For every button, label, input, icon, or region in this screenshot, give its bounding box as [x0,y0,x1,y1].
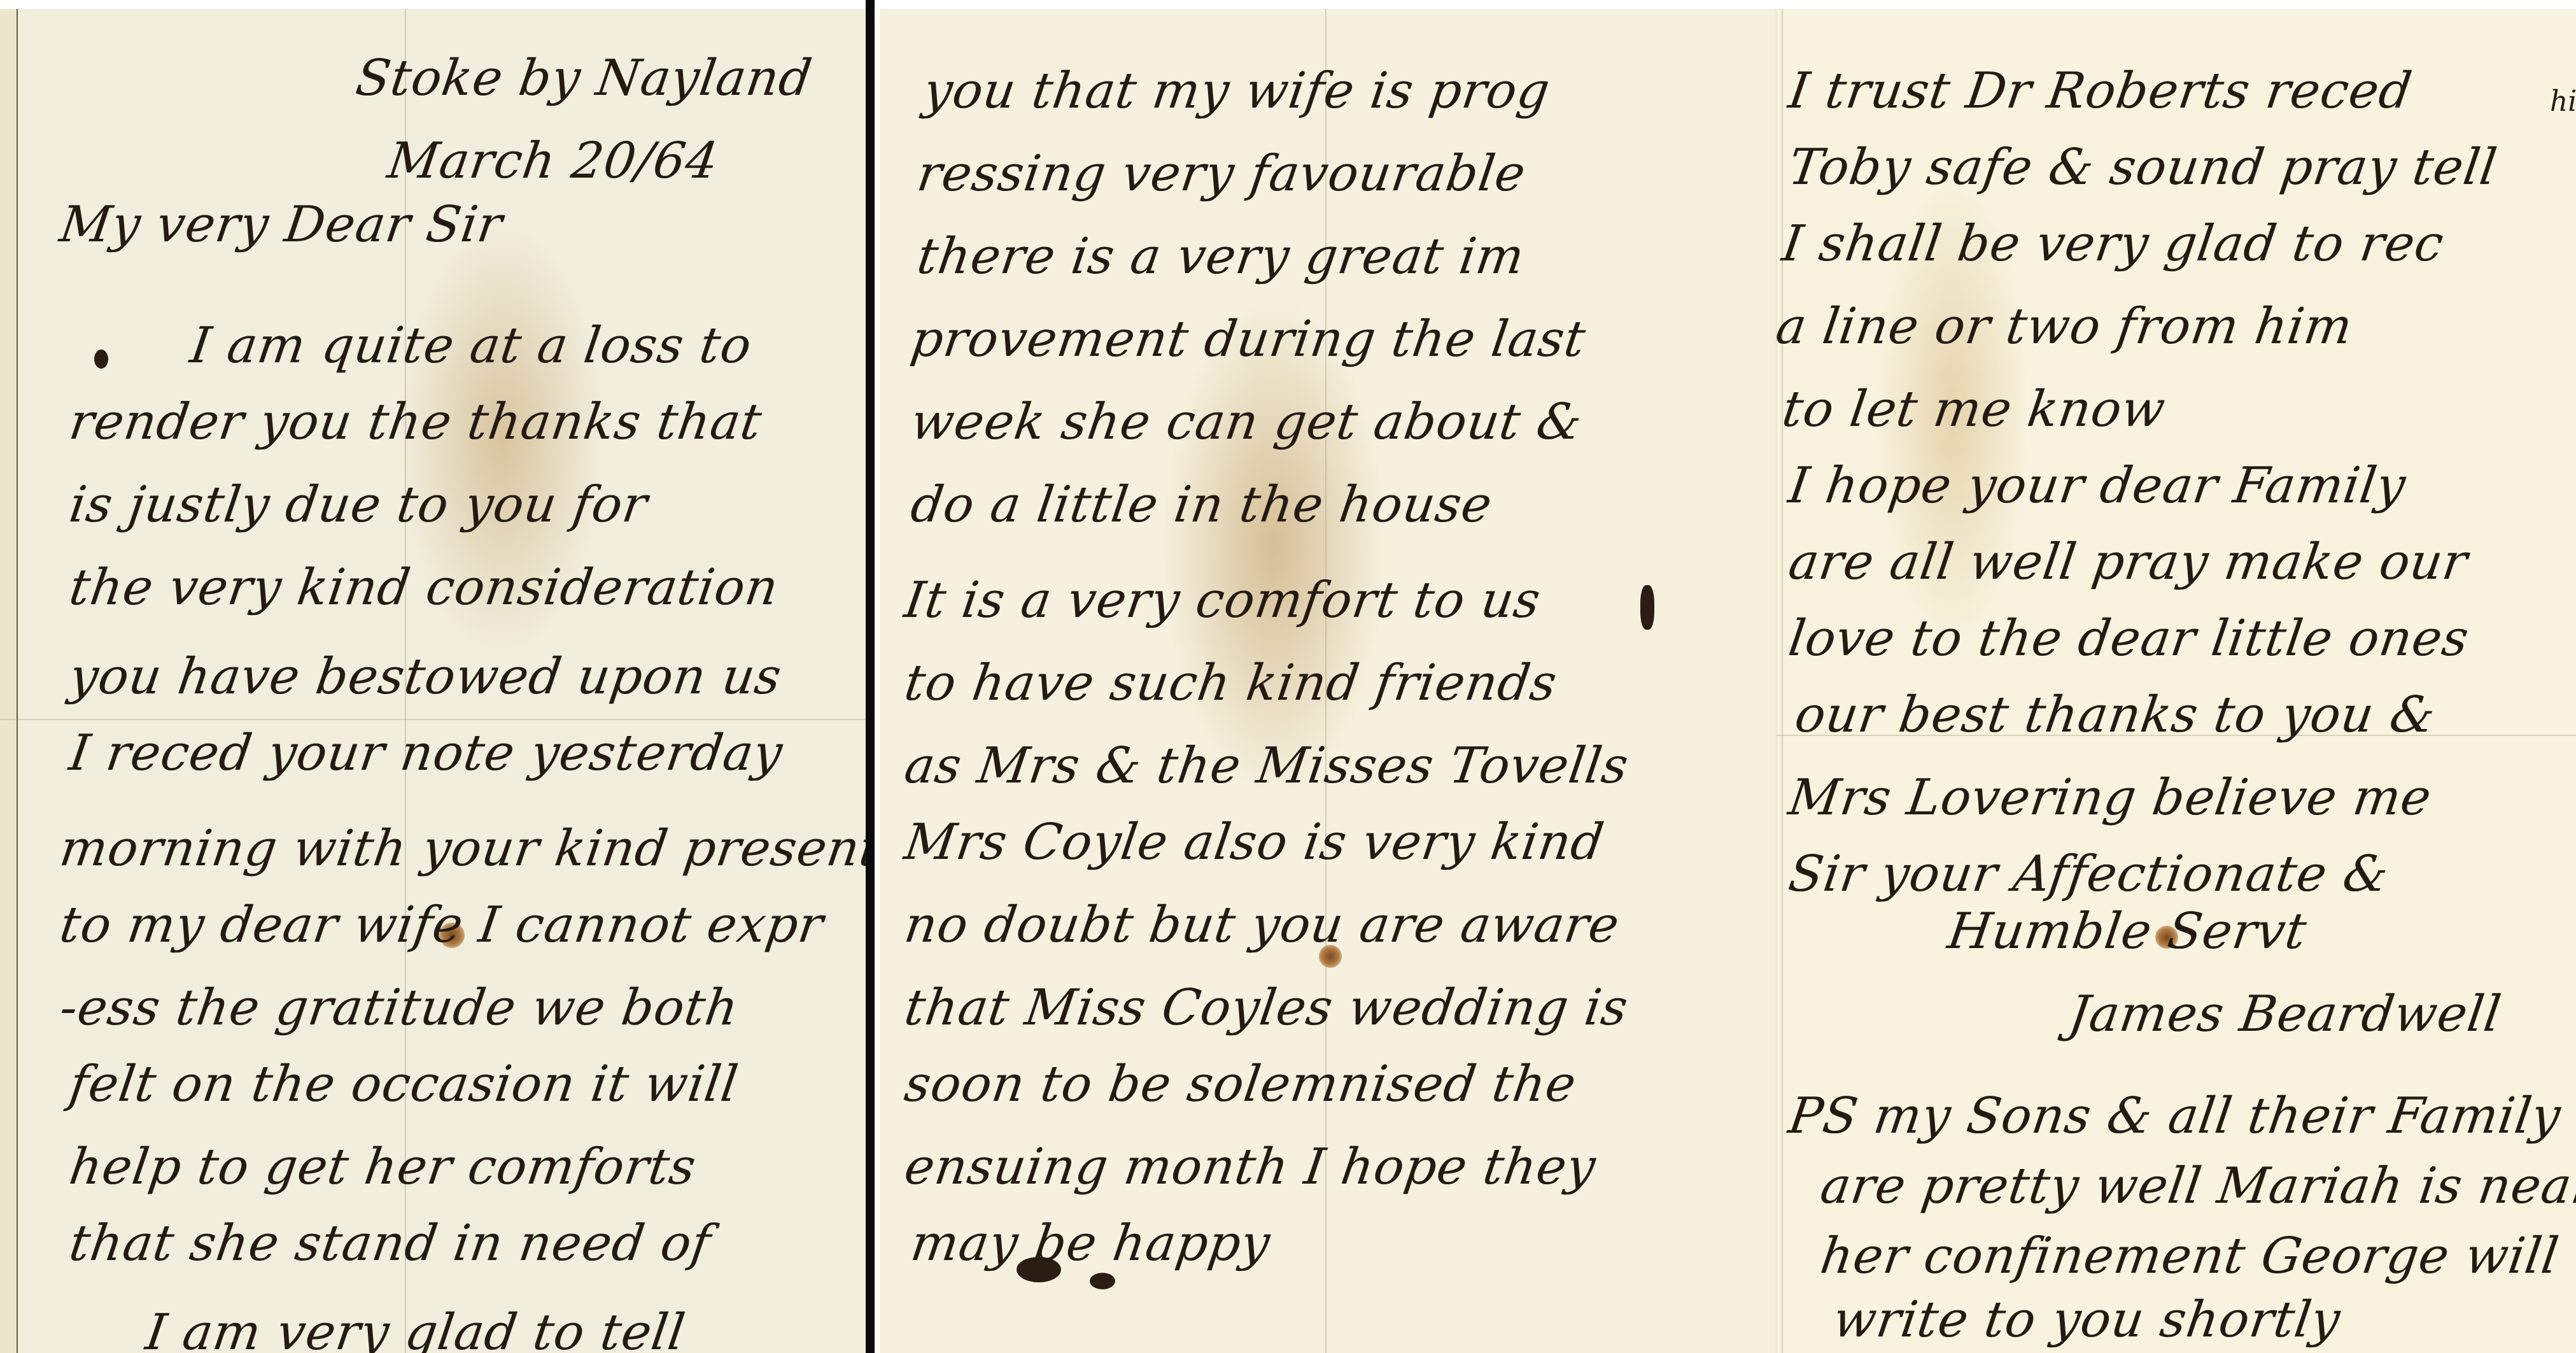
handwritten-line: you have bestowed upon us [67,652,785,702]
handwritten-line: her confinement George will [1818,1231,2562,1281]
handwritten-line: the very kind consideration [67,563,782,613]
ink-blot [94,350,108,369]
handwritten-line: help to get her comforts [67,1142,700,1192]
handwritten-line: Mrs Lovering believe me [1786,773,2435,823]
handwritten-line: PS my Sons & all their Family [1786,1091,2564,1141]
handwritten-line: Stoke by Nayland [353,53,815,103]
handwritten-line: Mrs Coyle also is very kind [902,818,1607,867]
handwritten-line: do a little in the house [908,480,1496,530]
handwritten-line: March 20/64 [385,136,722,186]
handwritten-line: It is a very comfort to us [902,576,1544,625]
handwritten-line: I am quite at a loss to [188,321,755,371]
scan-gap [875,0,880,1353]
handwritten-line: I shall be very glad to rec [1780,219,2447,269]
handwritten-line: I am very glad to tell [143,1308,689,1353]
fold-line-vertical [1782,9,1783,1353]
handwritten-line: morning with your kind present [57,824,866,874]
handwritten-line: ensuing month I hope they [902,1142,1600,1192]
handwritten-line: soon to be solemnised the [902,1059,1580,1109]
handwritten-line: love to the dear little ones [1786,614,2472,663]
handwritten-line: render you the thanks that [67,397,765,447]
handwritten-line: Toby safe & sound pray tell [1786,143,2500,192]
handwritten-line: -ess the gratitude we both [57,983,742,1033]
ink-smudge [1090,1273,1115,1289]
handwritten-line: are all well pray make our [1786,537,2471,587]
letter-page-middle: you that my wife is progressing very fav… [880,9,1776,1353]
handwritten-line: Sir your Affectionate & [1786,849,2392,899]
handwritten-line: week she can get about & [908,397,1586,447]
fold-line-horizontal [0,719,866,720]
handwritten-line: our best thanks to you & [1792,690,2439,740]
handwritten-line: are pretty well Mariah is near [1818,1161,2576,1211]
handwritten-line: no doubt but you are aware [902,900,1622,950]
handwritten-line: I hope your dear Family [1786,461,2409,511]
handwritten-line: to have such kind friends [902,658,1560,708]
handwritten-line: may be happy [908,1219,1274,1268]
interlinear-word: him [2550,85,2576,118]
handwritten-line: that Miss Coyles wedding is [902,983,1631,1033]
handwritten-line: you that my wife is prog [921,66,1553,116]
handwritten-line: that she stand in need of [67,1219,714,1268]
handwritten-line: My very Dear Sir [57,200,506,250]
scan-divider [866,0,875,1353]
handwritten-line: James Beardwell [2066,989,2505,1039]
handwritten-line: write to you shortly [1831,1295,2344,1345]
paper-edge-strip [0,9,18,1353]
handwritten-line: to my dear wife I cannot expr [57,900,827,950]
handwritten-line: Humble Servt [1945,907,2310,956]
handwritten-line: is justly due to you for [67,480,651,530]
handwritten-line: provement during the last [908,315,1589,364]
handwritten-line: felt on the occasion it will [67,1059,742,1109]
handwritten-line: ressing very favourable [915,149,1529,199]
handwritten-line: to let me know [1780,385,2169,434]
letter-page-right: I trust Dr Roberts recedToby safe & soun… [1776,9,2576,1353]
handwritten-line: I trust Dr Roberts reced [1786,66,2416,116]
letter-page-left: Stoke by NaylandMarch 20/64My very Dear … [0,9,866,1353]
ink-blot [1640,585,1654,630]
handwritten-line: a line or two from him [1776,302,2356,351]
handwritten-line: I reced your note yesterday [67,728,786,778]
handwritten-line: as Mrs & the Misses Tovells [902,741,1632,791]
handwritten-line: there is a very great im [915,232,1528,281]
